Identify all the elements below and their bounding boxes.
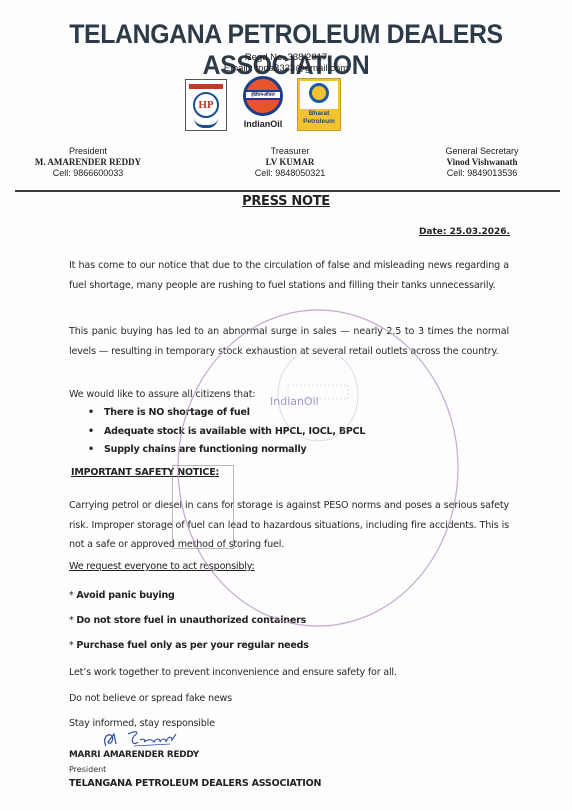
registration-number: Regd No. 338/2017 <box>0 52 572 63</box>
officer-general-secretary: General Secretary Vinod Vishwanath Cell:… <box>402 146 562 179</box>
letterhead-divider <box>15 190 560 192</box>
stamp-seal-box <box>172 465 234 549</box>
indianoil-logo-icon: इंडियनऑयल IndianOil <box>240 76 286 132</box>
list-item: Purchase fuel only as per your regular n… <box>69 633 309 658</box>
officer-president: President M. AMARENDER REDDY Cell: 98666… <box>8 146 168 179</box>
press-note-page: TELANGANA PETROLEUM DEALERS ASSOCIATION … <box>0 0 572 810</box>
list-item: Supply chains are functioning normally <box>88 441 365 460</box>
assurance-list: There is NO shortage of fuel Adequate st… <box>88 404 365 460</box>
closing-line: Do not believe or spread fake news <box>69 686 397 712</box>
request-list: Avoid panic buying Do not store fuel in … <box>69 583 309 658</box>
closing-lines: Let’s work together to prevent inconveni… <box>69 660 397 737</box>
bharat-petroleum-caption: Bharat Petroleum <box>298 110 340 126</box>
closing-line: Let’s work together to prevent inconveni… <box>69 660 397 686</box>
signatory-name: MARRI AMARENDER REDDY <box>69 750 199 760</box>
hp-logo-icon: HP <box>185 79 227 131</box>
paragraph-safety-notice: Carrying petrol or diesel in cans for st… <box>69 496 509 555</box>
request-heading: We request everyone to act responsibly: <box>69 561 255 572</box>
document-heading: PRESS NOTE <box>0 194 572 209</box>
bharat-petroleum-logo-icon: Bharat Petroleum <box>297 78 341 131</box>
paragraph-panic-buying: This panic buying has led to an abnormal… <box>69 322 509 361</box>
signature-icon <box>100 728 190 752</box>
officer-treasurer: Treasurer LV KUMAR Cell: 9848050321 <box>210 146 370 179</box>
document-date: Date: 25.03.2026. <box>419 227 510 237</box>
list-item: There is NO shortage of fuel <box>88 404 365 423</box>
list-item: Avoid panic buying <box>69 583 309 608</box>
list-item: Do not store fuel in unauthorized contai… <box>69 608 309 633</box>
list-item: Adequate stock is available with HPCL, I… <box>88 423 365 442</box>
stamp-indianoil-text: IndianOil <box>270 395 319 408</box>
oil-company-logos: HP इंडियनऑयल IndianOil Bharat Petroleum <box>184 76 384 132</box>
signatory-role: President <box>69 765 106 774</box>
indianoil-caption: IndianOil <box>236 119 290 129</box>
paragraph-notice: It has come to our notice that due to th… <box>69 256 509 295</box>
signatory-organization: TELANGANA PETROLEUM DEALERS ASSOCIATION <box>69 778 321 789</box>
contact-email: Email : tpda3333@gmail.com <box>0 63 572 74</box>
